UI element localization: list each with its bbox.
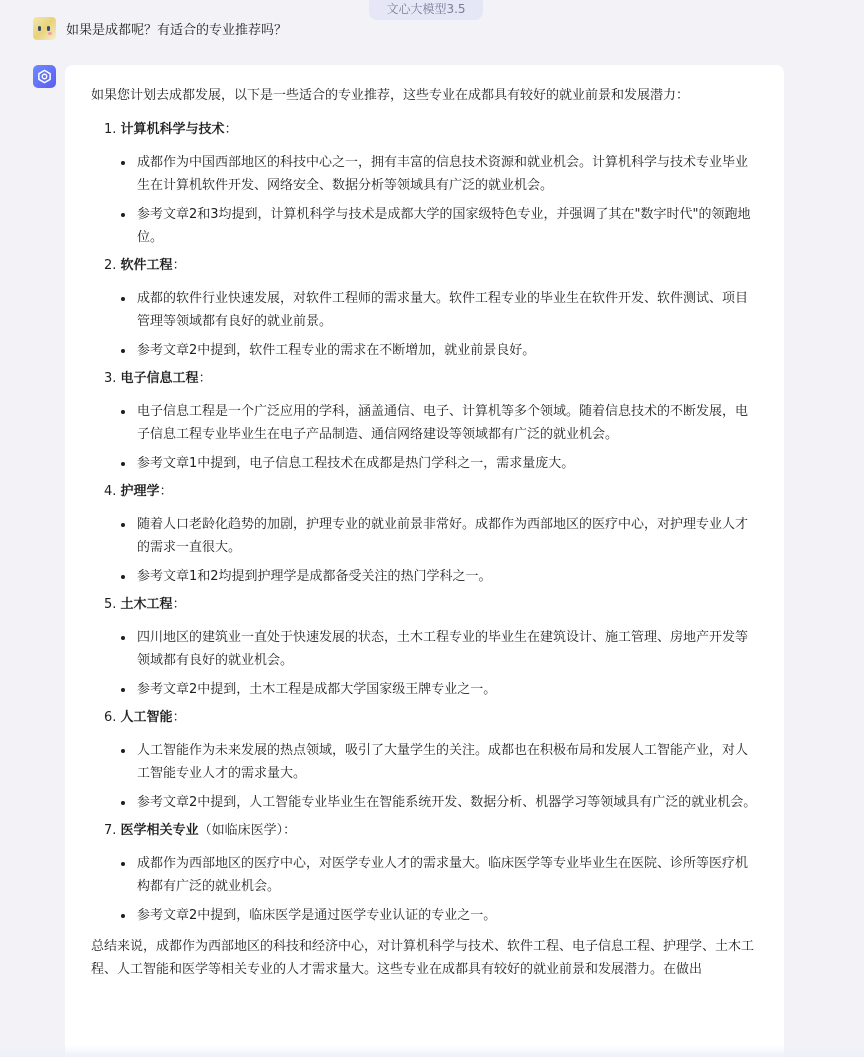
bottom-fade (0, 1045, 864, 1057)
section-bullets: 电子信息工程是一个广泛应用的学科，涵盖通信、电子、计算机等多个领域。随着信息技术… (91, 400, 758, 475)
section-bullets: 四川地区的建筑业一直处于快速发展的状态，土木工程专业的毕业生在建筑设计、施工管理… (91, 626, 758, 701)
section-suffix: ： (225, 122, 238, 137)
section-name: 土木工程 (121, 597, 173, 612)
bot-response-card: 如果您计划去成都发展，以下是一些适合的专业推荐，这些专业在成都具有较好的就业前景… (65, 65, 784, 1057)
bullet-item: 人工智能作为未来发展的热点领域，吸引了大量学生的关注。成都也在积极布局和发展人工… (121, 739, 758, 785)
section-title: 5. 土木工程： (91, 594, 758, 616)
bullet-item: 参考文章2中提到，临床医学是通过医学专业认证的专业之一。 (121, 904, 758, 927)
section-name: 电子信息工程 (121, 371, 199, 386)
section-suffix: ： (173, 597, 186, 612)
section-name: 医学相关专业 (121, 823, 199, 838)
bullet-item: 参考文章2和3均提到，计算机科学与技术是成都大学的国家级特色专业，并强调了其在"… (121, 203, 758, 249)
bullet-item: 参考文章2中提到，人工智能专业毕业生在智能系统开发、数据分析、机器学习等领域具有… (121, 791, 758, 814)
section-title: 4. 护理学： (91, 481, 758, 503)
section-bullets: 随着人口老龄化趋势的加剧，护理专业的就业前景非常好。成都作为西部地区的医疗中心，… (91, 513, 758, 588)
section-bullets: 成都作为中国西部地区的科技中心之一，拥有丰富的信息技术资源和就业机会。计算机科学… (91, 151, 758, 249)
section-suffix: ： (173, 258, 186, 273)
response-intro: 如果您计划去成都发展，以下是一些适合的专业推荐，这些专业在成都具有较好的就业前景… (91, 85, 758, 107)
bullet-item: 参考文章2中提到，土木工程是成都大学国家级王牌专业之一。 (121, 678, 758, 701)
model-version-label[interactable]: 文心大模型3.5 (369, 0, 483, 20)
section-title: 6. 人工智能： (91, 707, 758, 729)
section-suffix: ： (199, 371, 212, 386)
section-suffix: ： (173, 710, 186, 725)
bullet-item: 成都作为中国西部地区的科技中心之一，拥有丰富的信息技术资源和就业机会。计算机科学… (121, 151, 758, 197)
section-name: 软件工程 (121, 258, 173, 273)
bot-avatar-icon (33, 65, 56, 88)
bullet-item: 参考文章1中提到，电子信息工程技术在成都是热门学科之一，需求量庞大。 (121, 452, 758, 475)
section-title: 7. 医学相关专业（如临床医学）： (91, 820, 758, 842)
section-number: 5. (104, 597, 116, 612)
section-title: 3. 电子信息工程： (91, 368, 758, 390)
bullet-item: 参考文章1和2均提到护理学是成都备受关注的热门学科之一。 (121, 565, 758, 588)
bullet-item: 参考文章2中提到，软件工程专业的需求在不断增加，就业前景良好。 (121, 339, 758, 362)
user-message-text: 如果是成都呢？有适合的专业推荐吗？ (66, 19, 287, 38)
section-title: 2. 软件工程： (91, 255, 758, 277)
user-avatar-icon (33, 17, 56, 40)
section-number: 2. (104, 258, 116, 273)
bullet-item: 电子信息工程是一个广泛应用的学科，涵盖通信、电子、计算机等多个领域。随着信息技术… (121, 400, 758, 446)
section-number: 1. (104, 122, 116, 137)
user-message: 如果是成都呢？有适合的专业推荐吗？ (33, 17, 287, 40)
bullet-item: 随着人口老龄化趋势的加剧，护理专业的就业前景非常好。成都作为西部地区的医疗中心，… (121, 513, 758, 559)
model-version-text: 文心大模型3.5 (386, 2, 465, 16)
section-name: 护理学 (121, 484, 160, 499)
section-bullets: 成都的软件行业快速发展，对软件工程师的需求量大。软件工程专业的毕业生在软件开发、… (91, 287, 758, 362)
section-number: 3. (104, 371, 116, 386)
section-name: 人工智能 (121, 710, 173, 725)
section-title: 1. 计算机科学与技术： (91, 119, 758, 141)
section-suffix: ： (160, 484, 173, 499)
recommendation-list: 1. 计算机科学与技术：成都作为中国西部地区的科技中心之一，拥有丰富的信息技术资… (91, 119, 758, 927)
section-name: 计算机科学与技术 (121, 122, 225, 137)
section-bullets: 成都作为西部地区的医疗中心，对医学专业人才的需求量大。临床医学等专业毕业生在医院… (91, 852, 758, 927)
section-suffix: （如临床医学）： (199, 823, 297, 838)
section-bullets: 人工智能作为未来发展的热点领域，吸引了大量学生的关注。成都也在积极布局和发展人工… (91, 739, 758, 814)
bullet-item: 成都的软件行业快速发展，对软件工程师的需求量大。软件工程专业的毕业生在软件开发、… (121, 287, 758, 333)
section-number: 7. (104, 823, 116, 838)
bullet-item: 成都作为西部地区的医疗中心，对医学专业人才的需求量大。临床医学等专业毕业生在医院… (121, 852, 758, 898)
bullet-item: 四川地区的建筑业一直处于快速发展的状态，土木工程专业的毕业生在建筑设计、施工管理… (121, 626, 758, 672)
response-summary: 总结来说，成都作为西部地区的科技和经济中心，对计算机科学与技术、软件工程、电子信… (91, 935, 758, 981)
top-toolbar (650, 0, 701, 4)
section-number: 6. (104, 710, 116, 725)
section-number: 4. (104, 484, 116, 499)
